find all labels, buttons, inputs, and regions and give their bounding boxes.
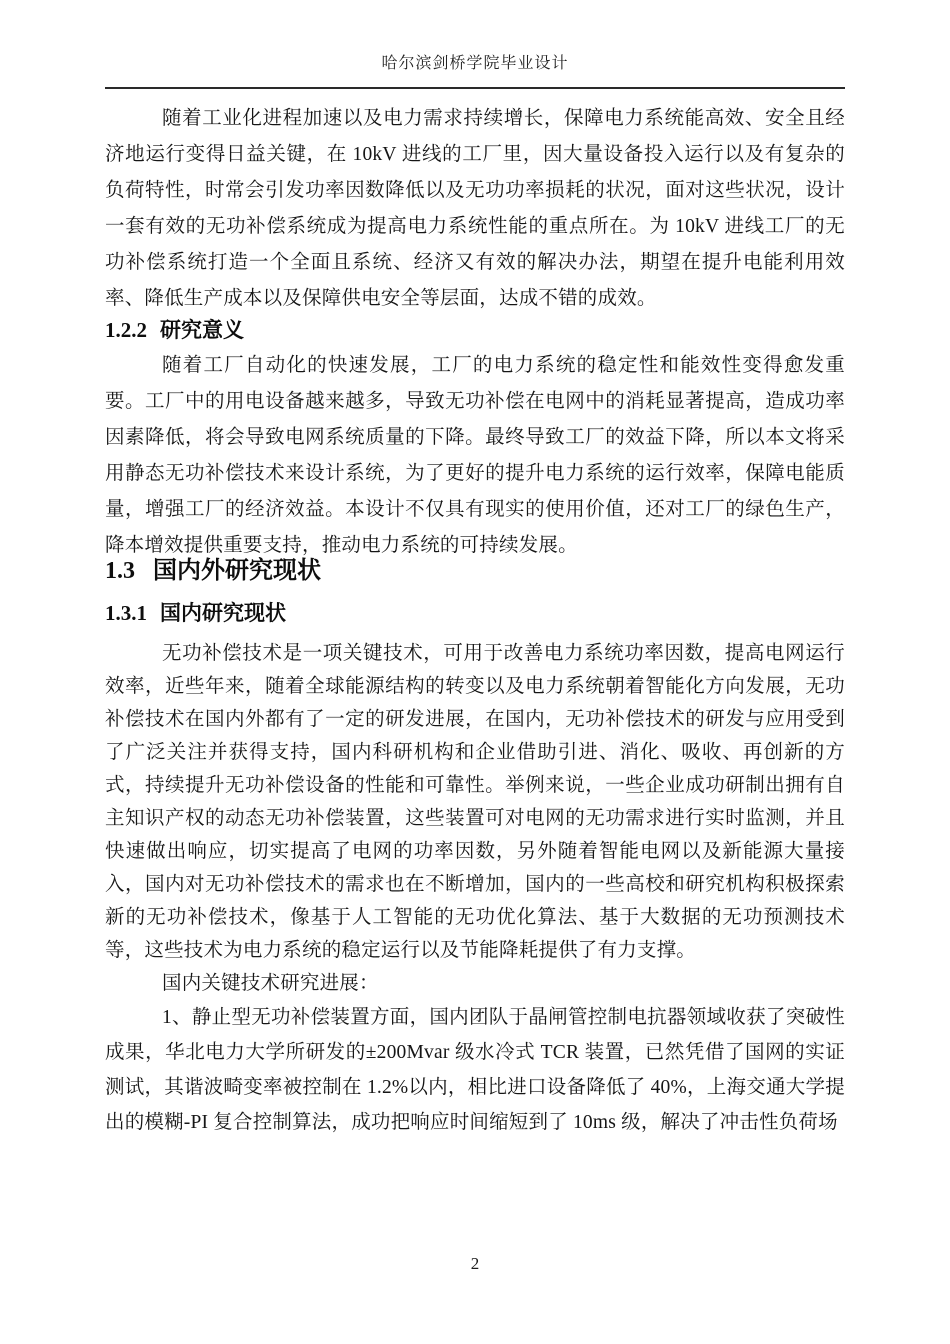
paragraph-intro: 随着工业化进程加速以及电力需求持续增长，保障电力系统能高效、安全且经济地运行变得… (105, 101, 845, 317)
paragraph-progress-item-1: 1、静止型无功补偿装置方面，国内团队于晶闸管控制电抗器领域收获了突破性成果，华北… (105, 1000, 845, 1140)
paragraph-domestic-status: 无功补偿技术是一项关键技术，可用于改善电力系统功率因数，提高电网运行效率，近些年… (105, 637, 845, 967)
heading-1-3-1-title: 国内研究现状 (160, 602, 286, 625)
paragraph-progress-label: 国内关键技术研究进展： (105, 967, 845, 1000)
document-page: 哈尔滨剑桥学院毕业设计 随着工业化进程加速以及电力需求持续增长，保障电力系统能高… (0, 0, 950, 1344)
page-body: 随着工业化进程加速以及电力需求持续增长，保障电力系统能高效、安全且经济地运行变得… (0, 97, 950, 1140)
page-header-title: 哈尔滨剑桥学院毕业设计 (105, 54, 845, 74)
heading-1-3-title: 国内外研究现状 (153, 557, 321, 584)
heading-1-3-number: 1.3 (105, 558, 135, 584)
heading-1-2-2-title: 研究意义 (160, 319, 244, 342)
heading-1-3-1-number: 1.3.1 (105, 601, 147, 625)
header-rule (105, 87, 845, 89)
page-number: 2 (0, 1252, 950, 1276)
page-header: 哈尔滨剑桥学院毕业设计 (0, 0, 950, 89)
heading-1-2-2-number: 1.2.2 (105, 318, 147, 342)
paragraph-significance: 随着工厂自动化的快速发展，工厂的电力系统的稳定性和能效性变得愈发重要。工厂中的用… (105, 348, 845, 564)
heading-1-3-1: 1.3.1国内研究现状 (105, 600, 845, 627)
heading-1-2-2: 1.2.2研究意义 (105, 317, 845, 344)
